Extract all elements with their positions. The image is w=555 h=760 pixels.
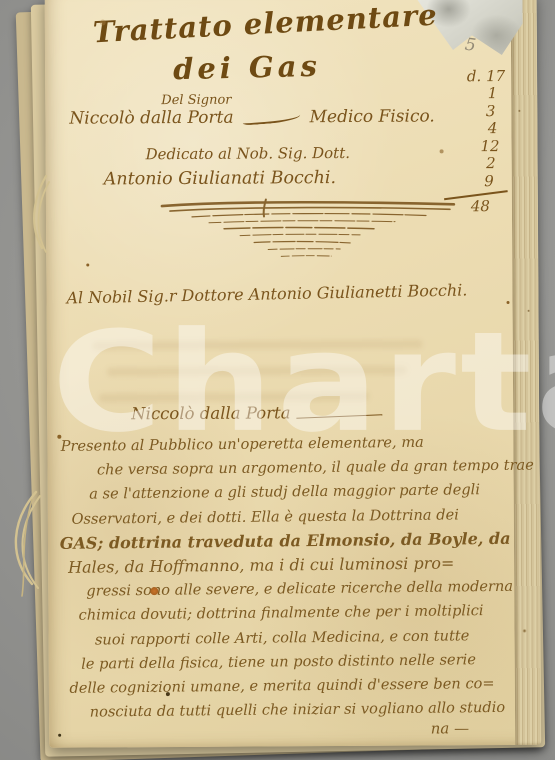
foxing-spot xyxy=(150,587,158,595)
pen-swash xyxy=(242,110,301,125)
body-heading: Niccolò dalla Porta xyxy=(131,403,382,424)
ink-showthrough xyxy=(107,366,407,377)
foxing-spot xyxy=(86,264,89,267)
author-name: Niccolò dalla Porta xyxy=(69,108,233,129)
author-role: Medico Fisico. xyxy=(310,106,435,127)
body-heading-name: Niccolò dalla Porta xyxy=(131,403,290,423)
ledger-number: 4 xyxy=(433,120,497,138)
foxing-spot xyxy=(100,19,106,25)
foxing-spot xyxy=(58,734,61,737)
ledger-heading: d. 17 xyxy=(433,67,505,85)
author-line: Niccolò dalla Porta Medico Fisico. xyxy=(69,106,435,128)
ledger-column: 1 3 4 12 2 9 xyxy=(433,85,512,190)
ledger-number: 3 xyxy=(433,103,495,121)
body-paragraph: Presento al Pubblico un'operetta element… xyxy=(59,430,520,726)
dedication-line2: Antonio Giulianati Bocchi. xyxy=(104,168,336,189)
foxing-spot xyxy=(57,435,61,439)
foxing-spot xyxy=(440,149,444,153)
inscription-line: Al Nobil Sig.r Dottore Antonio Giulianet… xyxy=(66,280,467,307)
ink-showthrough xyxy=(93,340,423,351)
margin-ledger: d. 17 1 3 4 12 2 9 48 xyxy=(433,67,512,215)
ink-showthrough xyxy=(99,392,369,403)
pen-swash xyxy=(296,406,382,419)
ledger-number: 2 xyxy=(434,155,496,173)
ledger-total: 48 xyxy=(434,197,490,215)
byline: Del Signor xyxy=(161,93,231,108)
manuscript-title-line1: Trattato elementare xyxy=(92,0,438,49)
ledger-number: 9 xyxy=(434,173,494,191)
ledger-number: 12 xyxy=(434,138,500,156)
manuscript-title-line2: dei Gas xyxy=(173,49,321,86)
ledger-number: 1 xyxy=(433,85,497,103)
manuscript-page: Trattato elementare dei Gas Del Signor N… xyxy=(45,0,542,748)
foxing-spot xyxy=(507,301,510,304)
foxing-spot xyxy=(166,692,170,696)
scanned-manuscript-photo: Trattato elementare dei Gas Del Signor N… xyxy=(0,0,555,760)
ink-flourish xyxy=(154,197,464,263)
pencil-folio-number: 5 xyxy=(464,35,477,56)
dedication-line1: Dedicato al Nob. Sig. Dott. xyxy=(146,144,350,163)
catchword: na — xyxy=(431,719,469,737)
